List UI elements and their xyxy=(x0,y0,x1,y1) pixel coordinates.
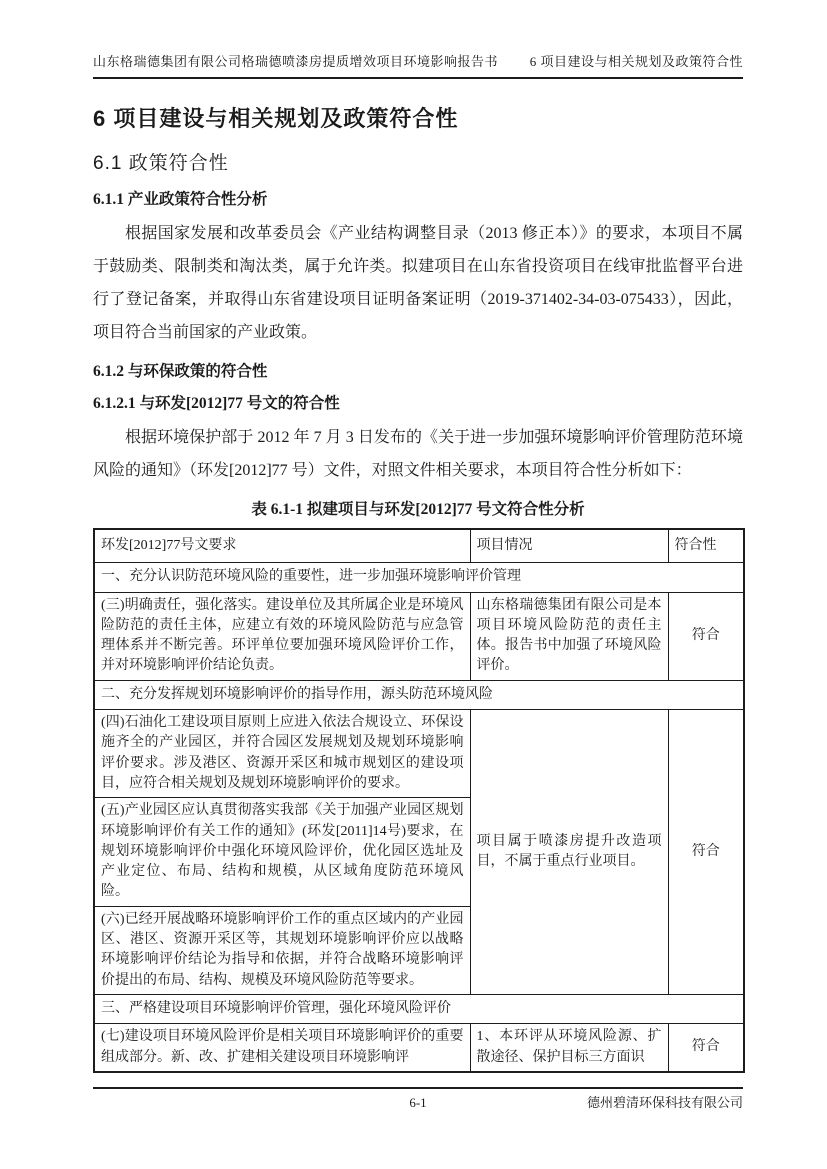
requirement-7-cell: (七)建设项目环境风险评价是相关项目环境影响评价的重要组成部分。新、改、扩建相关… xyxy=(94,1024,470,1072)
table-row: (七)建设项目环境风险评价是相关项目环境影响评价的重要组成部分。新、改、扩建相关… xyxy=(94,1024,744,1072)
requirement-3-cell: (三)明确责任，强化落实。建设单位及其所属企业是环境风险防范的责任主体，应建立有… xyxy=(94,592,470,680)
page-number: 6-1 xyxy=(93,1095,743,1110)
column-header-conformity: 符合性 xyxy=(668,529,744,563)
situation-4-5-6-cell: 项目属于喷漆房提升改造项目，不属于重点行业项目。 xyxy=(470,710,668,995)
table-header-row: 环发[2012]77号文要求 项目情况 符合性 xyxy=(94,529,744,563)
table-row: 三、严格建设项目环境影响评价管理，强化环境风险评价 xyxy=(94,994,744,1023)
page-content: 山东格瑞德集团有限公司格瑞德喷漆房提质增效项目环境影响报告书 6 项目建设与相关… xyxy=(0,54,827,1073)
column-header-project-situation: 项目情况 xyxy=(470,529,668,563)
table-row: (三)明确责任，强化落实。建设单位及其所属企业是环境风险防范的责任主体，应建立有… xyxy=(94,592,744,680)
section-heading-6-1: 6.1 政策符合性 xyxy=(93,151,743,177)
conformity-7-cell: 符合 xyxy=(668,1024,744,1072)
paragraph-huanfa-intro: 根据环境保护部于 2012 年 7 月 3 日发布的《关于进一步加强环境影响评价… xyxy=(93,421,743,487)
table-row: (四)石油化工建设项目原则上应进入依法合规设立、环保设施齐全的产业园区，并符合园… xyxy=(94,710,744,798)
table-row: 一、充分认识防范环境风险的重要性，进一步加强环境影响评价管理 xyxy=(94,563,744,592)
situation-7-cell: 1、本环评从环境风险源、扩散途径、保护目标三方面识 xyxy=(470,1024,668,1072)
table-title: 表 6.1-1 拟建项目与环发[2012]77 号文符合性分析 xyxy=(93,499,743,521)
section-1-cell: 一、充分认识防范环境风险的重要性，进一步加强环境影响评价管理 xyxy=(94,563,744,592)
subsection-heading-6-1-1: 6.1.1 产业政策符合性分析 xyxy=(93,189,743,211)
requirement-4-cell: (四)石油化工建设项目原则上应进入依法合规设立、环保设施齐全的产业园区，并符合园… xyxy=(94,710,470,798)
situation-3-cell: 山东格瑞德集团有限公司是本项目环境风险防范的责任主体。报告书中加强了环境风险评价… xyxy=(470,592,668,680)
column-header-requirement: 环发[2012]77号文要求 xyxy=(94,529,470,563)
conformity-3-cell: 符合 xyxy=(668,592,744,680)
running-header: 山东格瑞德集团有限公司格瑞德喷漆房提质增效项目环境影响报告书 6 项目建设与相关… xyxy=(93,54,743,79)
requirement-5-cell: (五)产业园区应认真贯彻落实我部《关于加强产业园区规划环境影响评价有关工作的通知… xyxy=(94,798,470,906)
conformity-4-5-6-cell: 符合 xyxy=(668,710,744,995)
running-footer: 6-1 德州碧清环保科技有限公司 xyxy=(93,1087,743,1110)
table-row: 二、充分发挥规划环境影响评价的指导作用，源头防范环境风险 xyxy=(94,680,744,709)
header-chapter-title: 6 项目建设与相关规划及政策符合性 xyxy=(530,54,743,69)
section-2-cell: 二、充分发挥规划环境影响评价的指导作用，源头防范环境风险 xyxy=(94,680,744,709)
requirement-6-cell: (六)已经开展战略环境影响评价工作的重点区域内的产业园区、港区、资源开采区等，其… xyxy=(94,906,470,994)
chapter-heading: 6 项目建设与相关规划及政策符合性 xyxy=(93,104,743,134)
subsection-heading-6-1-2: 6.1.2 与环保政策的符合性 xyxy=(93,361,743,383)
paragraph-industrial-policy: 根据国家发展和改革委员会《产业结构调整目录（2013 修正本）》的要求，本项目不… xyxy=(93,217,743,349)
header-report-title: 山东格瑞德集团有限公司格瑞德喷漆房提质增效项目环境影响报告书 xyxy=(93,54,498,69)
conformity-analysis-table: 环发[2012]77号文要求 项目情况 符合性 一、充分认识防范环境风险的重要性… xyxy=(93,528,745,1073)
section-3-cell: 三、严格建设项目环境影响评价管理，强化环境风险评价 xyxy=(94,994,744,1023)
subsection-heading-6-1-2-1: 6.1.2.1 与环发[2012]77 号文的符合性 xyxy=(93,393,743,415)
document-page: 山东格瑞德集团有限公司格瑞德喷漆房提质增效项目环境影响报告书 6 项目建设与相关… xyxy=(0,0,827,1169)
